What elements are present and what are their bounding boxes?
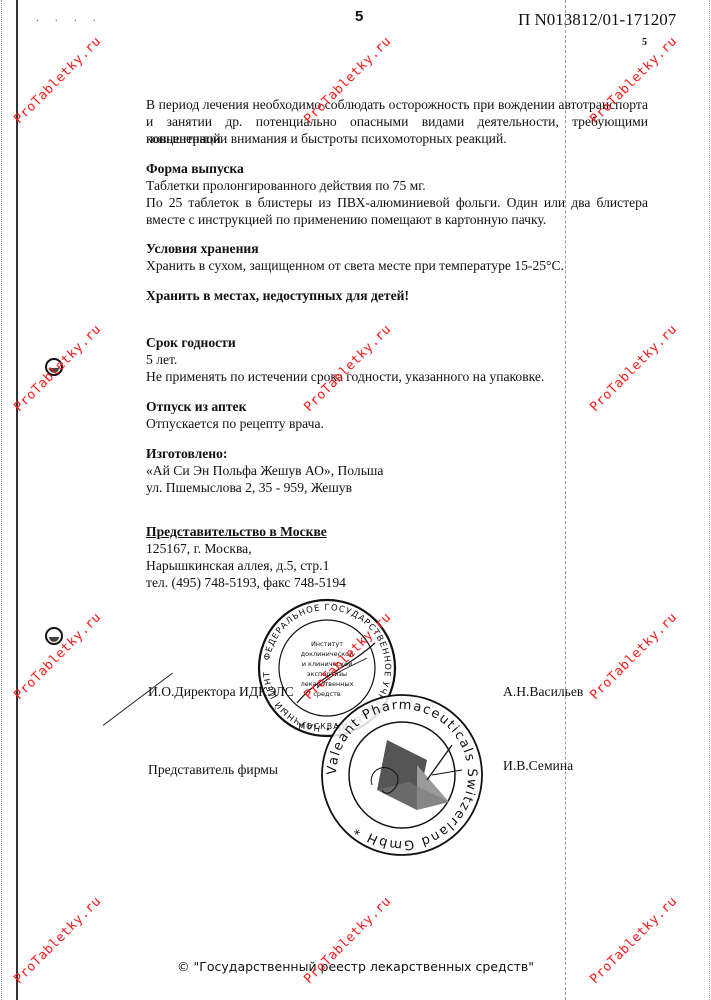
svg-text:и клинической: и клинической (302, 660, 353, 668)
shelf-life-note: Не применять по истечении срока годности… (146, 368, 544, 385)
svg-text:доклинической: доклинической (301, 650, 354, 658)
release-form-line-3: вместе с инструкцией по применению помещ… (146, 211, 546, 228)
manufacturer-address: ул. Пшемыслова 2, 35 - 959, Жешув (146, 479, 352, 496)
registration-number: П N013812/01-171207 (518, 10, 676, 30)
storage-warning: Хранить в местах, недоступных для детей! (146, 287, 409, 304)
watermark: ProTabletky.ru (587, 322, 680, 415)
scan-edge-left (16, 0, 18, 1000)
firm-rep-name: И.В.Семина (503, 757, 573, 774)
header-dots: . . . . (36, 13, 103, 24)
representative-heading: Представительство в Москве (146, 523, 327, 540)
representative-street: Нарышкинская аллея, д.5, стр.1 (146, 557, 329, 574)
dispensing-text: Отпускается по рецепту врача. (146, 415, 324, 432)
release-form-line-2: По 25 таблеток в блистеры из ПВХ-алюмини… (146, 194, 648, 211)
svg-text:лекарственных: лекарственных (301, 680, 354, 688)
watermark: ProTabletky.ru (11, 610, 104, 703)
watermark: ProTabletky.ru (587, 610, 680, 703)
manufacturer-name: «Ай Си Эн Польфа Жешув АО», Польша (146, 462, 383, 479)
release-form-line-1: Таблетки пролонгированного действия по 7… (146, 177, 426, 194)
scan-edge-left-dotted (1, 0, 3, 1000)
storage-heading: Условия хранения (146, 240, 259, 257)
hole-punch-mark-bottom (45, 627, 63, 645)
representative-postcode: 125167, г. Москва, (146, 540, 252, 557)
director-name: А.Н.Васильев (503, 683, 583, 700)
manufacturer-heading: Изготовлено: (146, 445, 227, 462)
document-page: . . . . 5 П N013812/01-171207 5 В период… (0, 0, 711, 1000)
shelf-life-heading: Срок годности (146, 334, 236, 351)
page-number: 5 (355, 8, 363, 25)
dispensing-heading: Отпуск из аптек (146, 398, 246, 415)
firm-rep-label: Представитель фирмы (148, 761, 278, 778)
footer-copyright: © "Государственный реестр лекарственных … (0, 959, 711, 974)
company-stamp-icon: Valeant Pharmaceuticals Switzerland GmbH… (317, 690, 487, 860)
release-form-heading: Форма выпуска (146, 160, 244, 177)
driving-caution-line-3: концентрации внимания и быстроты психомо… (146, 130, 507, 147)
driving-caution-line-1: В период лечения необходимо соблюдать ос… (146, 96, 648, 113)
representative-phone-fax: тел. (495) 748-5193, факс 748-5194 (146, 574, 346, 591)
svg-text:Институт: Институт (311, 640, 343, 648)
page-number-small: 5 (642, 37, 647, 48)
shelf-life-value: 5 лет. (146, 351, 177, 368)
watermark: ProTabletky.ru (11, 34, 104, 127)
storage-text: Хранить в сухом, защищенном от света мес… (146, 257, 564, 274)
scan-fold-line (565, 0, 567, 1000)
hole-punch-mark-top (45, 358, 63, 376)
